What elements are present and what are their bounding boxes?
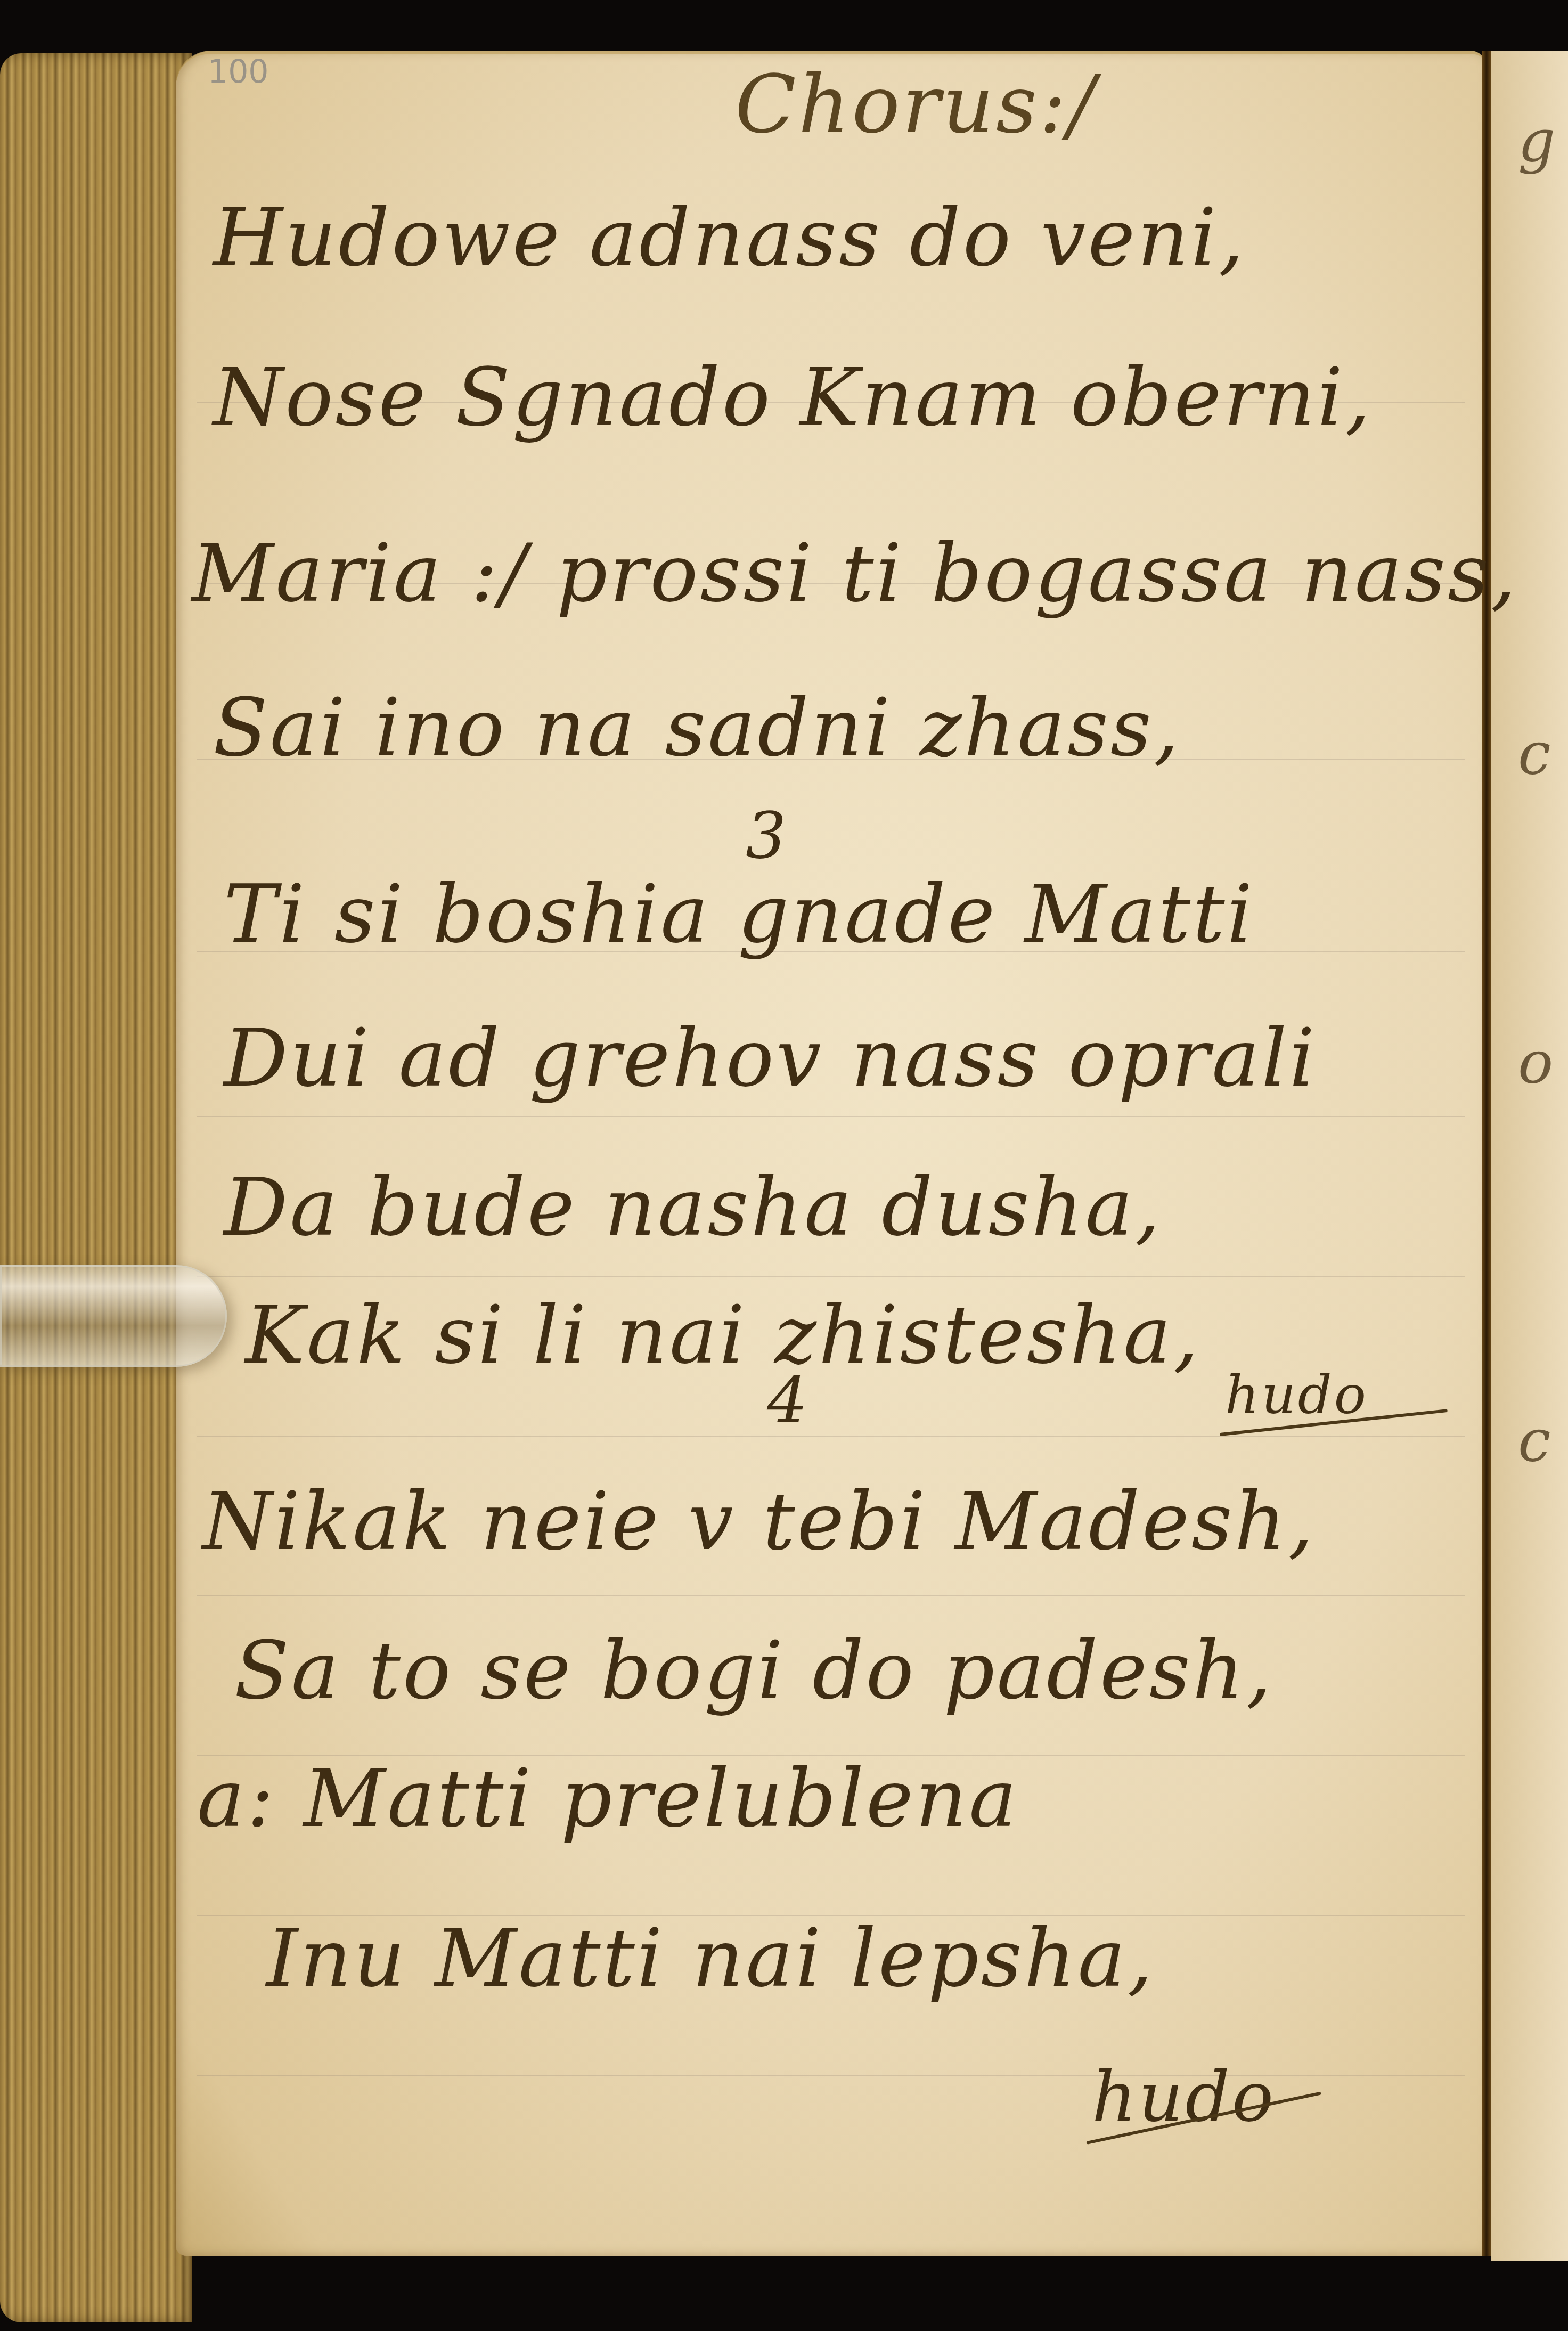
pencil-page-number: 100 <box>208 53 269 91</box>
ruled-line <box>197 1595 1465 1596</box>
verse-line-12: Inu Matti nai lepsha, <box>266 1912 1155 2005</box>
facing-page-glyph: c <box>1518 719 1551 787</box>
verse-line-3: Maria :/ prossi ti bogassa nass, <box>192 527 1518 620</box>
catchword-1: hudo <box>1225 1364 1368 1426</box>
verse-line-4: Sai ino na sadni zhass, <box>213 682 1181 775</box>
verse-line-7: Da bude nasha dusha, <box>224 1161 1163 1254</box>
stanza-number-3: 3 <box>746 799 788 873</box>
facing-page-glyph: o <box>1518 1028 1553 1096</box>
facing-page-glyph: c <box>1518 1406 1551 1474</box>
facing-page-glyph: g <box>1518 107 1555 175</box>
ruled-line <box>197 1276 1465 1277</box>
verse-line-6: Dui ad grehov nass oprali <box>224 1012 1317 1105</box>
stanza-number-4: 4 <box>767 1364 810 1438</box>
verse-line-5: Ti si boshia gnade Matti <box>224 868 1254 961</box>
verse-line-8: Kak si li nai zhistesha, <box>245 1289 1200 1382</box>
glass-rod-weight <box>0 1265 227 1367</box>
ruled-line <box>197 1436 1465 1437</box>
facing-page-edge <box>1491 51 1568 2261</box>
verse-line-11: a: Matti prelublena <box>197 1753 1019 1845</box>
catchword-2: hudo <box>1092 2056 1276 2137</box>
section-title: Chorus:/ <box>735 59 1097 151</box>
ruled-line <box>197 1116 1465 1117</box>
verse-line-2: Nose Sgnado Knam oberni, <box>213 352 1373 444</box>
verse-line-1: Hudowe adnass do veni, <box>213 192 1246 284</box>
page-edge-stack <box>0 53 192 2322</box>
verse-line-9: Nikak neie v tebi Madesh, <box>202 1476 1316 1568</box>
verse-line-10: Sa to se bogi do padesh, <box>234 1625 1273 1717</box>
book-gutter <box>1482 51 1491 2256</box>
